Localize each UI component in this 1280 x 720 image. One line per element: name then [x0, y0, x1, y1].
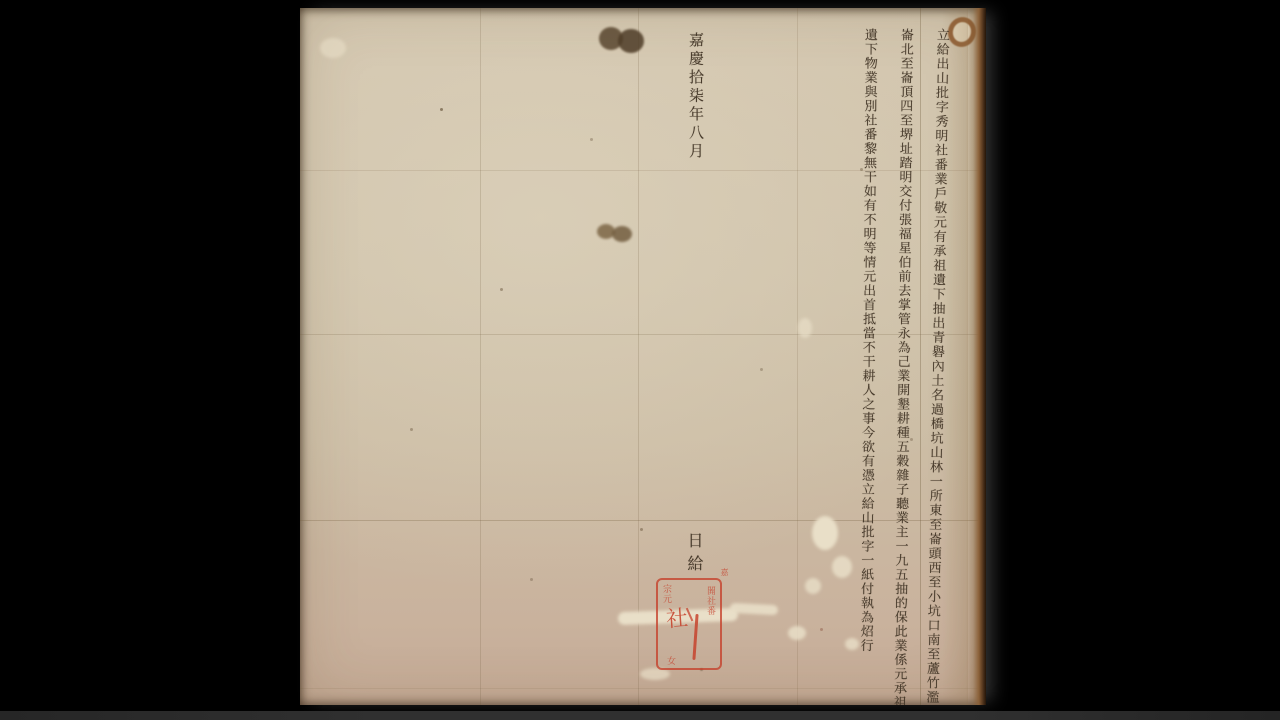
paper-damage-patch — [788, 626, 806, 640]
vertical-fold-line — [480, 8, 481, 705]
bottom-letterbox-bar — [0, 711, 1280, 720]
ink-stain — [618, 29, 644, 53]
horizontal-fold-line — [300, 334, 986, 335]
page-edge-shading — [942, 8, 968, 705]
document-photo: 立給出山批字秀明社番業戶敬元有承祖遺下抽出青礜內土名過橋坑山林一所東至崙頭西至小… — [300, 8, 986, 705]
seal-outer-char: 嘉 — [719, 568, 730, 577]
horizontal-fold-line — [300, 520, 986, 521]
paper-specks — [440, 108, 443, 111]
seal-bottom-char: 女 — [664, 656, 677, 666]
vertical-fold-line — [638, 8, 639, 705]
vertical-fold-line — [797, 8, 798, 705]
paper-damage-patch — [832, 556, 852, 578]
page-edge — [966, 8, 986, 705]
manuscript-column-2: 崙北至崙頂四至堺址踏明交付張福星伯前去掌管永為己業開墾耕種五穀雜子聽業主一九五抽… — [889, 28, 915, 672]
red-seal: 社 閞社番 宗元 女 嘉 — [656, 578, 722, 670]
horizontal-fold-line — [300, 688, 986, 689]
paper-damage-patch — [805, 578, 821, 594]
manuscript-column-3: 遺下物業與別社番黎無干如有不明等情元出首抵當不干耕人之事今欲有憑立給山批字一紙付… — [856, 28, 879, 640]
date-column: 嘉慶拾柒年八月 — [686, 32, 707, 178]
seal-right-chars: 閞社番 — [704, 586, 717, 616]
paper-damage-patch — [812, 516, 838, 550]
paper-damage-patch — [798, 318, 812, 338]
paper-damage-patch — [320, 38, 346, 58]
horizontal-fold-line — [300, 170, 986, 171]
seal-stroke — [692, 614, 698, 660]
viewer-background: 立給出山批字秀明社番業戶敬元有承祖遺下抽出青礜內土名過橋坑山林一所東至崙頭西至小… — [0, 0, 1280, 720]
seal-large-char: 社 — [665, 601, 689, 633]
ink-stain — [612, 226, 632, 242]
vertical-fold-line — [920, 8, 921, 705]
seal-left-chars: 宗元 — [660, 584, 673, 604]
